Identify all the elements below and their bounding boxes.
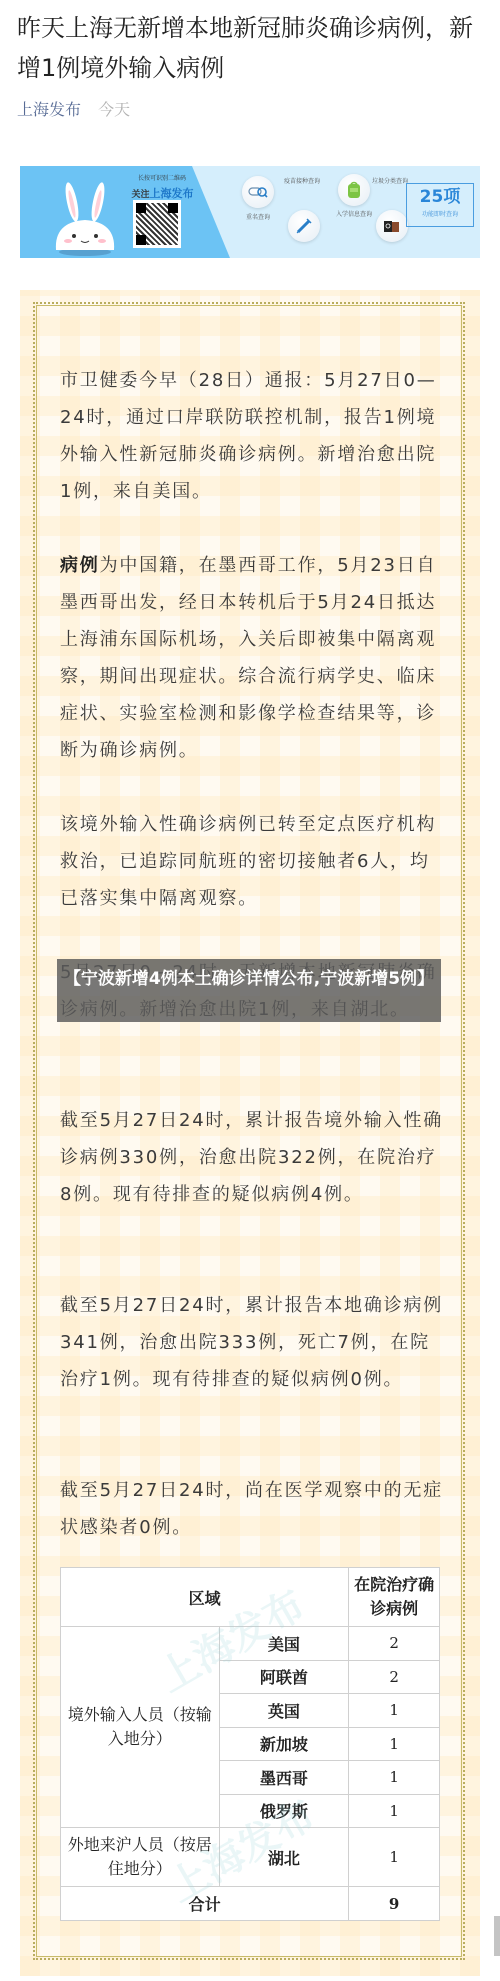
total-label: 合计 [61,1887,349,1921]
table-row: 外地来沪人员（按居住地分） 湖北 1 [61,1828,440,1887]
paragraph-announcement: 市卫健委今早（28日）通报：5月27日0—24时，通过口岸联防联控机制，报告1例… [60,362,444,510]
header-region: 区域 [61,1568,349,1627]
region-cell: 俄罗斯 [219,1794,349,1828]
paragraph-case-details: 病例为中国籍，在墨西哥工作，5月23日自墨西哥出发，经日本转机后于5月24日抵达… [60,547,444,769]
bunny-mascot-icon [50,180,120,256]
qr-caption: 长按可识别二维码 [122,174,202,183]
trash-bin-icon[interactable] [376,210,408,242]
count-cell: 1 [349,1694,440,1728]
header-hospitalized: 在院治疗确诊病例 [349,1568,440,1627]
qr-code[interactable] [133,200,181,248]
name-search-icon[interactable] [242,176,274,208]
count-cell: 1 [349,1727,440,1761]
region-cell: 新加坡 [219,1727,349,1761]
count-cell: 2 [349,1660,440,1694]
table-row: 境外输入人员（按输入地分） 美国 2 [61,1627,440,1661]
region-cell: 阿联酋 [219,1660,349,1694]
follow-prefix: 关注 [131,190,149,200]
paragraph-imported-total: 截至5月27日24时，累计报告境外输入性确诊病例330例，治愈出院322例，在院… [60,1102,444,1213]
hospitalized-cases-table: 区域 在院治疗确诊病例 境外输入人员（按输入地分） 美国 2 阿联酋 2 英国 … [60,1567,440,1921]
table-header-row: 区域 在院治疗确诊病例 [61,1568,440,1627]
publish-time: 今天 [98,100,130,119]
follow-account: 上海发布 [150,187,194,200]
region-cell: 墨西哥 [219,1761,349,1795]
case-text: 为中国籍，在墨西哥工作，5月23日自墨西哥出发，经日本转机后于5月24日抵达上海… [60,555,436,761]
overlay-caption: 【宁波新增4例本土确诊详情公布,宁波新增5例】 [57,959,441,1022]
promo-banner[interactable]: 长按可识别二维码 关注上海发布 重名查询 疫苗接种查询 入学信息查询 垃圾分类查… [20,166,480,258]
qr-follow-text: 关注上海发布 [120,185,205,201]
feature-label-school: 入学信息查询 [330,211,378,219]
group-label-domestic: 外地来沪人员（按居住地分） [61,1828,220,1887]
feature-label-name-search: 重名查询 [234,214,282,222]
qr-code-pattern [136,203,178,245]
paragraph-treatment: 该境外输入性确诊病例已转至定点医疗机构救治，已追踪同航班的密切接触者6人，均已落… [60,806,444,917]
backpack-icon[interactable] [338,174,370,206]
region-cell: 湖北 [219,1828,349,1887]
group-label-imported: 境外输入人员（按输入地分） [61,1627,220,1828]
syringe-icon[interactable] [288,210,320,242]
feature-label-trash: 垃圾分类查询 [370,178,410,186]
feature-count: 25项 [407,184,473,210]
paragraph-asymptomatic: 截至5月27日24时，尚在医学观察中的无症状感染者0例。 [60,1472,444,1546]
article-title: 昨天上海无新增本地新冠肺炎确诊病例，新增1例境外输入病例 [17,8,487,88]
feature-count-box[interactable]: 25项 功能即时查询 [406,183,474,227]
count-cell: 1 [349,1794,440,1828]
scrollbar-thumb[interactable] [494,1916,500,1956]
author-link[interactable]: 上海发布 [17,100,81,119]
region-cell: 英国 [219,1694,349,1728]
feature-count-caption: 功能即时查询 [407,210,473,220]
count-cell: 2 [349,1627,440,1661]
article-meta: 上海发布 今天 [17,99,130,121]
count-cell: 1 [349,1761,440,1795]
count-cell: 1 [349,1828,440,1887]
total-value: 9 [349,1887,440,1921]
table-total-row: 合计 9 [61,1887,440,1921]
paragraph-local-total: 截至5月27日24时，累计报告本地确诊病例341例，治愈出院333例，死亡7例，… [60,1287,444,1398]
region-cell: 美国 [219,1627,349,1661]
feature-label-vaccine: 疫苗接种查询 [282,178,322,186]
case-label: 病例 [60,555,100,576]
